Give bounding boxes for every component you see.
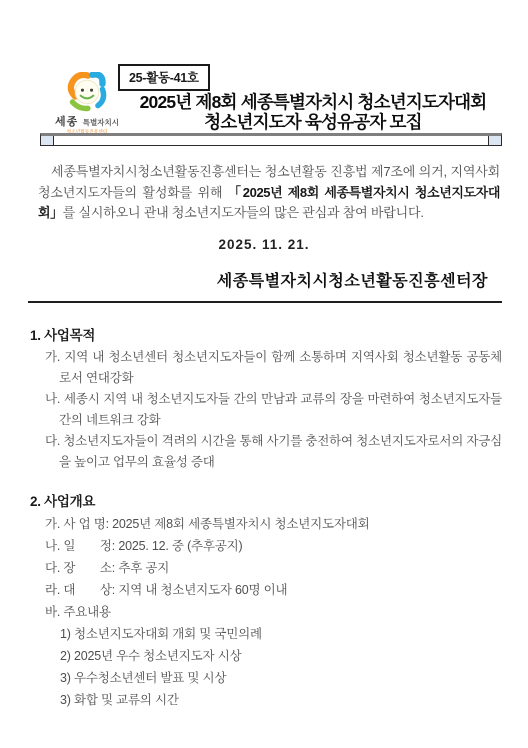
section2-item-contents: 바. 주요내용 <box>45 601 502 623</box>
section2-heading: 2. 사업개요 <box>30 490 502 510</box>
sejong-center-logo-icon <box>64 72 110 112</box>
section2-sub-list: 1) 청소년지도자대회 개회 및 국민의례 2) 2025년 우수 청소년지도자… <box>60 623 502 711</box>
section1-list: 가. 지역 내 청소년센터 청소년지도자들이 함께 소통하며 지역사회 청소년활… <box>45 347 502 473</box>
section2-subitem-4: 3) 화합 및 교류의 시간 <box>60 689 502 711</box>
section2-item-schedule: 나. 일 정: 2025. 12. 중 (추후공지) <box>45 535 502 557</box>
section2-subitem-2: 2) 2025년 우수 청소년지도자 시상 <box>60 645 502 667</box>
document-date: 2025. 11. 21. <box>0 237 528 252</box>
document-title: 2025년 제8회 세종특별자치시 청소년지도자대회 청소년지도자 육성유공자 … <box>106 92 520 132</box>
document-title-line1: 2025년 제8회 세종특별자치시 청소년지도자대회 <box>106 92 520 112</box>
title-divider-bar <box>40 133 502 146</box>
section2-item-place: 다. 장 소: 추후 공지 <box>45 557 502 579</box>
horizontal-rule <box>28 301 502 303</box>
section2-subitem-1: 1) 청소년지도자대회 개회 및 국민의례 <box>60 623 502 645</box>
section2-item-target: 라. 대 상: 지역 내 청소년지도자 60명 이내 <box>45 579 502 601</box>
section1-item-ga: 가. 지역 내 청소년센터 청소년지도자들이 함께 소통하며 지역사회 청소년활… <box>45 347 502 389</box>
section1-item-na: 나. 세종시 지역 내 청소년지도자들 간의 만남과 교류의 장을 마련하여 청… <box>45 389 502 431</box>
section2-list: 가. 사 업 명: 2025년 제8회 세종특별자치시 청소년지도자대회 나. … <box>45 513 502 623</box>
bar-end-cell-left <box>41 136 54 145</box>
signature-org-title: 세종특별자치시청소년활동진흥센터장 <box>0 268 488 291</box>
section2-item-name: 가. 사 업 명: 2025년 제8회 세종특별자치시 청소년지도자대회 <box>45 513 502 535</box>
document-number-badge: 25-활동-41호 <box>118 64 210 91</box>
document-title-line2: 청소년지도자 육성유공자 모집 <box>106 112 520 132</box>
org-logo-name-big: 세종 <box>55 116 78 128</box>
bar-end-cell-right <box>488 136 501 145</box>
intro-text-post: 를 실시하오니 관내 청소년지도자들의 많은 관심과 참여 바랍니다. <box>63 205 424 220</box>
document-header: 세종 특별자치시 청소년활동진흥센터 25-활동-41호 2025년 제8회 세… <box>0 0 528 150</box>
section1-item-da: 다. 청소년지도자들이 격려의 시간을 통해 사기를 충전하여 청소년지도자로서… <box>45 431 502 473</box>
intro-paragraph: 세종특별자치시청소년활동진흥센터는 청소년활동 진흥법 제7조에 의거, 지역사… <box>38 162 500 224</box>
document-page: 세종 특별자치시 청소년활동진흥센터 25-활동-41호 2025년 제8회 세… <box>0 0 528 748</box>
section1-heading: 1. 사업목적 <box>30 324 502 344</box>
section2-subitem-3: 3) 우수청소년센터 발표 및 시상 <box>60 667 502 689</box>
